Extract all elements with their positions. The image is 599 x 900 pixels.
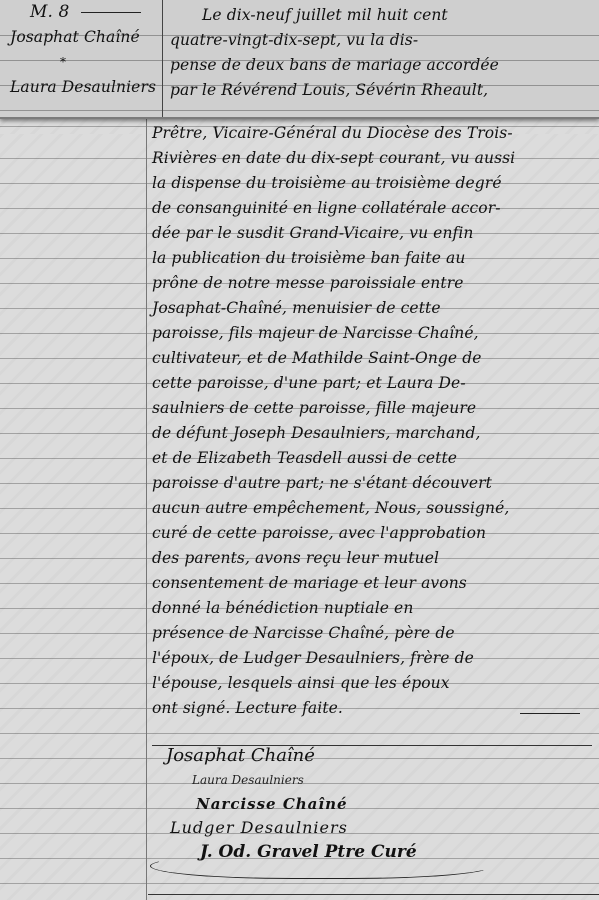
signature-bride: Laura Desaulniers <box>148 768 588 792</box>
record-line: paroisse, fils majeur de Narcisse Chaîné… <box>152 321 594 346</box>
margin-divider <box>146 118 147 900</box>
mark-symbol: * <box>0 50 160 75</box>
record-line: de consanguinité en ligne collatérale ac… <box>152 196 594 221</box>
record-line: cette paroisse, d'une part; et Laura De- <box>152 371 594 396</box>
bottom-rule <box>148 894 599 895</box>
margin-divider <box>162 0 163 117</box>
upper-register-page: M. 8 Josaphat Chaîné * Laura Desaulniers… <box>0 0 599 119</box>
record-line: ont signé. Lecture faite. <box>152 696 594 721</box>
record-line: paroisse d'autre part; ne s'étant découv… <box>152 471 594 496</box>
signature-block: Josaphat Chaîné Laura Desaulniers Narcis… <box>148 744 588 864</box>
margin-column: M. 8 Josaphat Chaîné * Laura Desaulniers <box>0 0 160 100</box>
entry-number: M. 8 <box>0 0 160 25</box>
record-line: donné la bénédiction nuptiale en <box>152 596 594 621</box>
record-line: Le dix-neuf juillet mil huit cent <box>170 3 595 28</box>
record-line: saulniers de cette paroisse, fille majeu… <box>152 396 594 421</box>
signature-flourish <box>150 853 492 879</box>
record-body: Prêtre, Vicaire-Général du Diocèse des T… <box>152 121 594 721</box>
record-line: curé de cette paroisse, avec l'approbati… <box>152 521 594 546</box>
record-line: pense de deux bans de mariage accordée <box>170 53 595 78</box>
signature-bride-brother: Ludger Desaulniers <box>148 816 588 840</box>
record-line: présence de Narcisse Chaîné, père de <box>152 621 594 646</box>
record-line: cultivateur, et de Mathilde Saint-Onge d… <box>152 346 594 371</box>
groom-name: Josaphat Chaîné <box>0 25 160 50</box>
record-line: de défunt Joseph Desaulniers, marchand, <box>152 421 594 446</box>
record-line: consentement de mariage et leur avons <box>152 571 594 596</box>
record-line: l'époux, de Ludger Desaulniers, frère de <box>152 646 594 671</box>
record-line: aucun autre empêchement, Nous, soussigné… <box>152 496 594 521</box>
record-line: Rivières en date du dix-sept courant, vu… <box>152 146 594 171</box>
record-line: prône de notre messe paroissiale entre <box>152 271 594 296</box>
record-line: Prêtre, Vicaire-Général du Diocèse des T… <box>152 121 594 146</box>
record-line: l'épouse, lesquels ainsi que les époux <box>152 671 594 696</box>
entry-underline <box>81 12 141 13</box>
record-line: des parents, avons reçu leur mutuel <box>152 546 594 571</box>
closing-rule <box>520 713 580 714</box>
record-line: et de Elizabeth Teasdell aussi de cette <box>152 446 594 471</box>
signature-groom: Josaphat Chaîné <box>148 744 588 768</box>
record-line: la publication du troisième ban faite au <box>152 246 594 271</box>
record-line: Josaphat-Chaîné, menuisier de cette <box>152 296 594 321</box>
record-line: la dispense du troisième au troisième de… <box>152 171 594 196</box>
record-line: par le Révérend Louis, Sévérin Rheault, <box>170 78 595 103</box>
lower-register-page: Prêtre, Vicaire-Général du Diocèse des T… <box>0 118 599 900</box>
record-line: dée par le susdit Grand-Vicaire, vu enfi… <box>152 221 594 246</box>
record-opening: Le dix-neuf juillet mil huit cent quatre… <box>170 3 595 103</box>
signature-groom-father: Narcisse Chaîné <box>148 792 588 816</box>
record-line: quatre-vingt-dix-sept, vu la dis- <box>170 28 595 53</box>
bride-name: Laura Desaulniers <box>0 75 160 100</box>
